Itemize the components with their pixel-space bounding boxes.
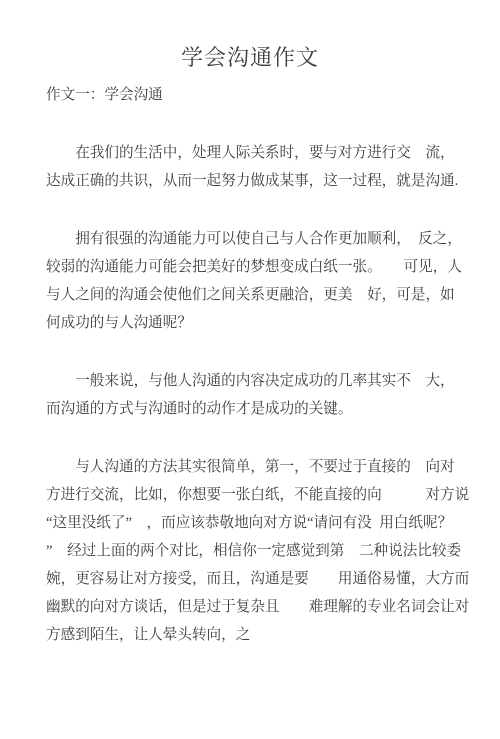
document-body: 作文一：学会沟通 在我们的生活中，处理人际关系时，要与对方进行交 流， 达成正确…: [0, 81, 500, 649]
essay-paragraph: 一般来说，与他人沟通的内容决定成功的几率其实不 大， 而沟通的方式与沟通时的动作…: [46, 367, 494, 423]
essay-paragraph: 在我们的生活中，处理人际关系时，要与对方进行交 流， 达成正确的共识，从而一起努…: [46, 139, 494, 195]
section-heading: 作文一：学会沟通: [46, 81, 494, 109]
document-title: 学会沟通作文: [0, 43, 500, 73]
essay-paragraph: 与人沟通的方法其实很简单，第一，不要过于直接的 向对 方进行交流，比如，你想要一…: [46, 453, 494, 649]
essay-paragraph: 拥有很强的沟通能力可以使自己与人合作更加顺利， 反之， 较弱的沟通能力可能会把美…: [46, 225, 494, 337]
document-page: 学会沟通作文 作文一：学会沟通 在我们的生活中，处理人际关系时，要与对方进行交 …: [0, 0, 500, 739]
